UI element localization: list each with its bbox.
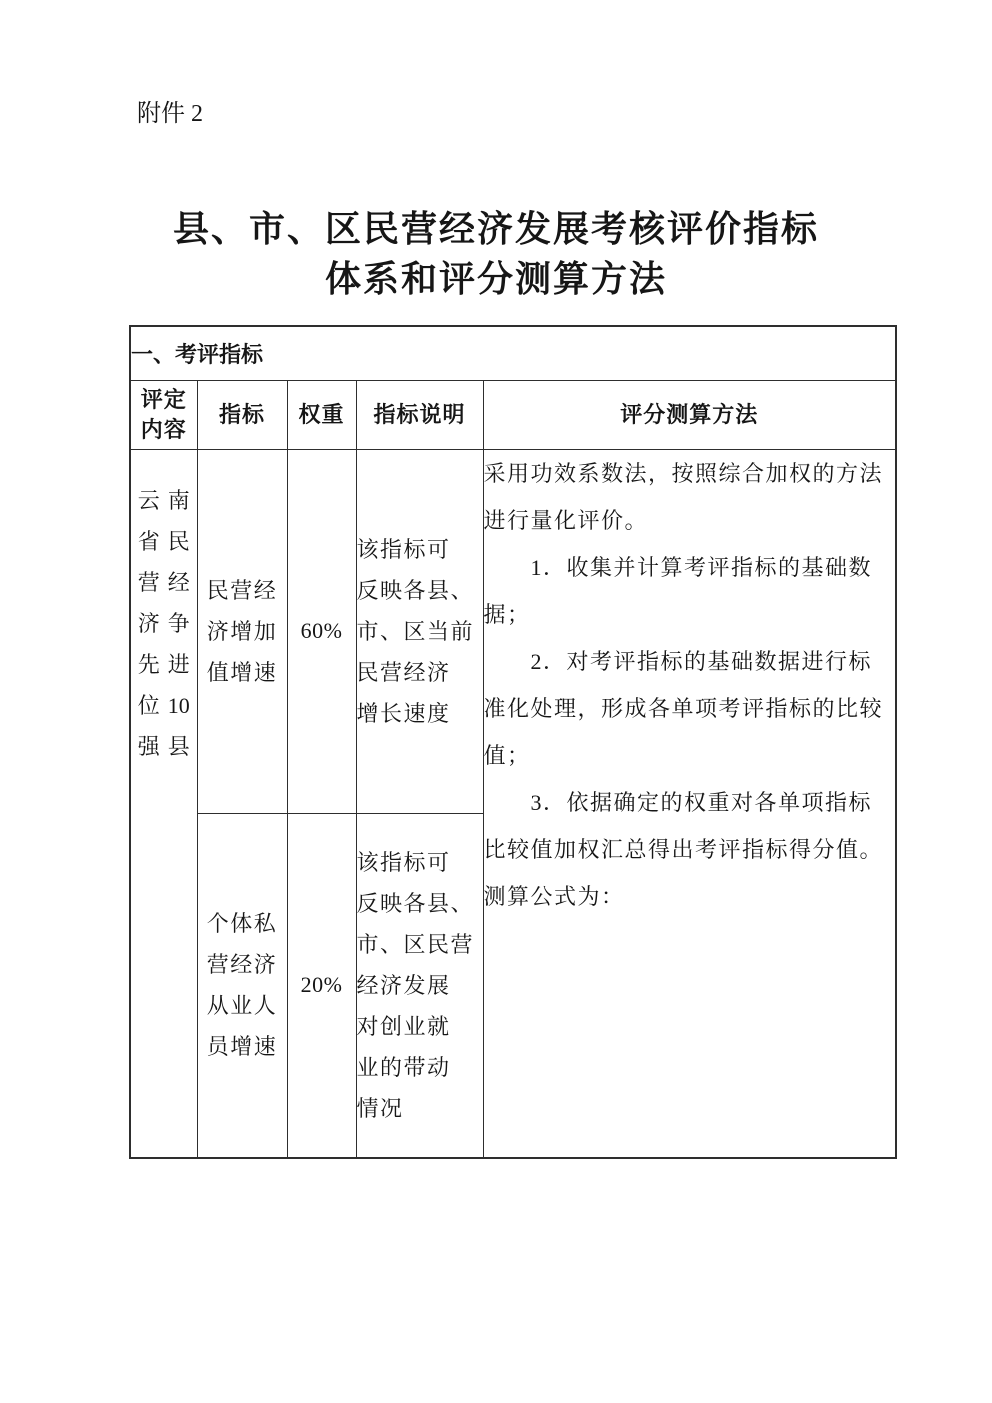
assess-content-text: 云南 省民 营经 济争 先进 位10 强县 <box>138 480 190 767</box>
page-title: 县、市、区民营经济发展考核评价指标 体系和评分测算方法 <box>0 204 992 304</box>
page-title-line-2: 体系和评分测算方法 <box>0 254 992 304</box>
column-header-weight: 权重 <box>287 380 356 449</box>
attachment-number: 附件 2 <box>137 100 203 128</box>
cell-weight-1: 60% <box>287 449 356 813</box>
table-section-row: 一、考评指标 <box>130 326 896 380</box>
cell-weight-2: 20% <box>287 813 356 1158</box>
cell-indicator-desc-1: 该指标可 反映各县、 市、区当前 民营经济 增长速度 <box>356 449 483 813</box>
cell-indicator-2: 个体私 营经济 从业人 员增速 <box>197 813 287 1158</box>
cell-indicator-1: 民营经 济增加 值增速 <box>197 449 287 813</box>
cell-indicator-desc-2: 该指标可 反映各县、 市、区民营 经济发展 对创业就 业的带动 情况 <box>356 813 483 1158</box>
table-section-header: 一、考评指标 <box>130 326 896 380</box>
cell-assess-content: 云南 省民 营经 济争 先进 位10 强县 <box>130 449 197 1158</box>
column-header-indicator: 指标 <box>197 380 287 449</box>
column-header-assess-content: 评定 内容 <box>130 380 197 449</box>
table-header-row: 评定 内容 指标 权重 指标说明 评分测算方法 <box>130 380 896 449</box>
column-header-indicator-desc: 指标说明 <box>356 380 483 449</box>
column-header-scoring-method: 评分测算方法 <box>483 380 896 449</box>
evaluation-table: 一、考评指标 评定 内容 指标 权重 指标说明 评分测算方法 云南 省民 营经 … <box>129 325 897 1159</box>
cell-scoring-method: 采用功效系数法，按照综合加权的方法 进行量化评价。 1．收集并计算考评指标的基础… <box>483 449 896 1158</box>
document-page: { "page": { "attachment_label": "附件 2", … <box>0 0 992 1403</box>
page-title-line-1: 县、市、区民营经济发展考核评价指标 <box>0 204 992 254</box>
table-row: 云南 省民 营经 济争 先进 位10 强县 民营经 济增加 值增速 60% 该指… <box>130 449 896 813</box>
